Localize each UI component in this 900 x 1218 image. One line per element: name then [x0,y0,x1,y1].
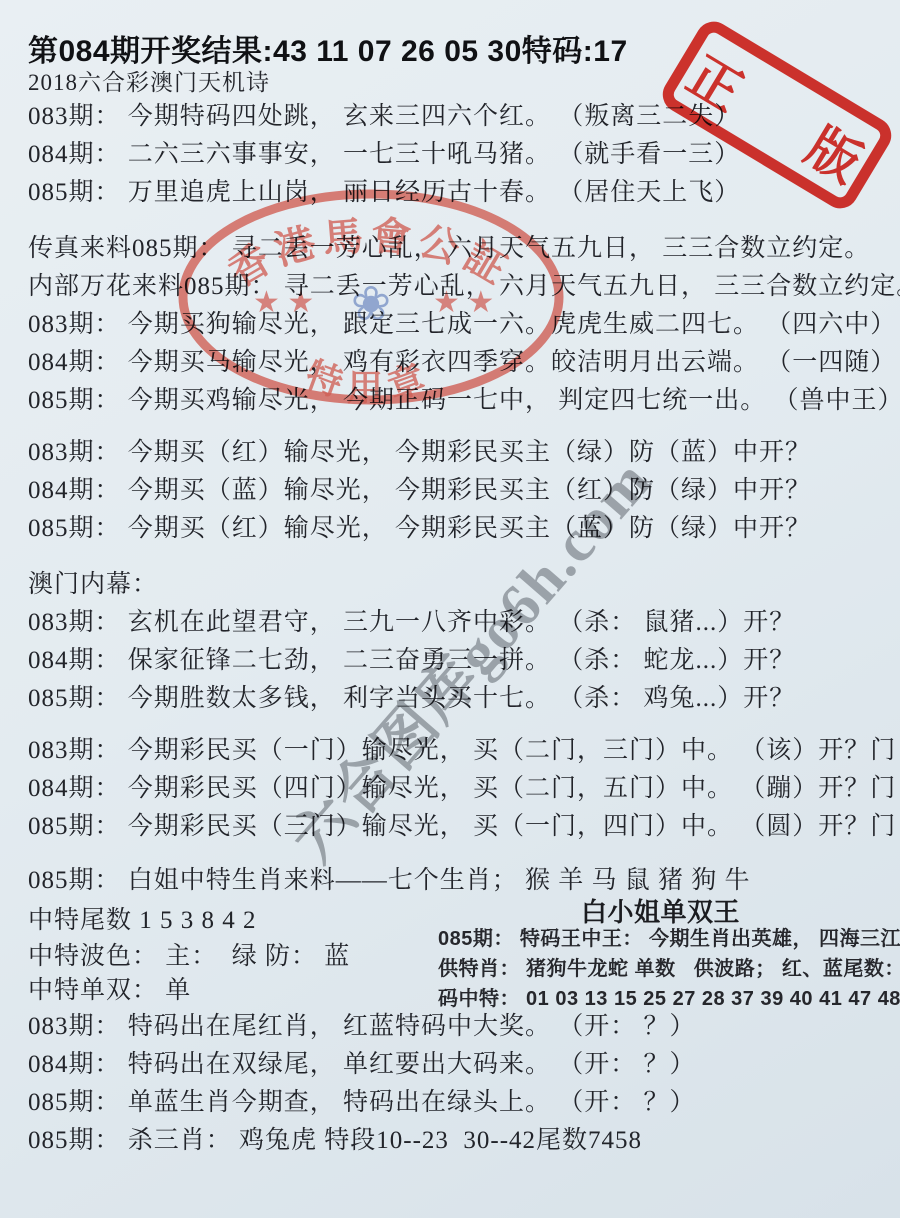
miss-bai-row-2: 供特肖： 猪狗牛龙蛇 单数 供波路； 红、蓝尾数： 1548 [438,952,900,981]
miss-bai-row-1: 085期： 特码王中王： 今期生肖出英雄， 四海三江有二五 [438,922,900,951]
tail-line-083: 083期： 特码出在尾红肖， 红蓝特码中大奖。 （开： ？） [28,1006,696,1042]
macau-line-083: 083期： 玄机在此望君守， 三九一八齐中彩。 （杀： 鼠猪...）开？ [28,602,795,638]
sheet-subtitle: 2018六合彩澳门天机诗 [28,64,270,97]
red-oval-seal: 香港馬會公証 ★ ★ ❀ ★ ★ 特用章 [165,180,577,415]
odd-even-row: 中特单双： 单 [28,970,191,1006]
wave-color-row: 中特波色： 主： 绿 防： 蓝 [28,936,350,972]
tail-line-085: 085期： 单蓝生肖今期查， 特码出在绿头上。 （开： ？） [28,1082,696,1118]
poem-line-084: 084期： 二六三六事事安， 一七三十吼马猪。 （就手看一三） [28,134,740,170]
baijie-intro-line: 085期： 白姐中特生肖来料——七个生肖； 猴 羊 马 鼠 猪 狗 牛 [28,860,751,896]
color-line-085: 085期： 今期买（红）输尽光， 今期彩民买主（蓝）防（绿）中开？ [28,508,811,544]
seal-stars-left: ★ ★ [253,286,314,319]
tip-sheet-page: 第084期开奖结果:43 11 07 26 05 30特码:17 2018六合彩… [0,0,900,1218]
door-line-085: 085期： 今期彩民买（三门）输尽光， 买（一门，四门）中。 （圆）开？门 [28,806,896,842]
seal-emblem-icon: ❀ [351,278,391,331]
door-line-084: 084期： 今期彩民买（四门）输尽光， 买（二门，五门）中。 （蹦）开？门 [28,768,896,804]
macau-header: 澳门内幕： [28,564,158,600]
kill-three-zodiac-line: 085期： 杀三肖： 鸡兔虎 特段10--23 30--42尾数7458 [28,1120,642,1156]
poem-line-083: 083期： 今期特码四处跳， 玄来三四六个红。 （叛离三二失） [28,96,740,132]
tail-line-084: 084期： 特码出在双绿尾， 单红要出大码来。 （开： ？） [28,1044,696,1080]
door-line-083: 083期： 今期彩民买（一门）输尽光， 买（二门，三门）中。 （该）开？门 [28,730,896,766]
tail-digits-row: 中特尾数 1 5 3 8 4 2 [28,900,257,936]
seal-stars-right: ★ ★ [433,286,494,319]
color-line-084: 084期： 今期买（蓝）输尽光， 今期彩民买主（红）防（绿）中开？ [28,470,811,506]
